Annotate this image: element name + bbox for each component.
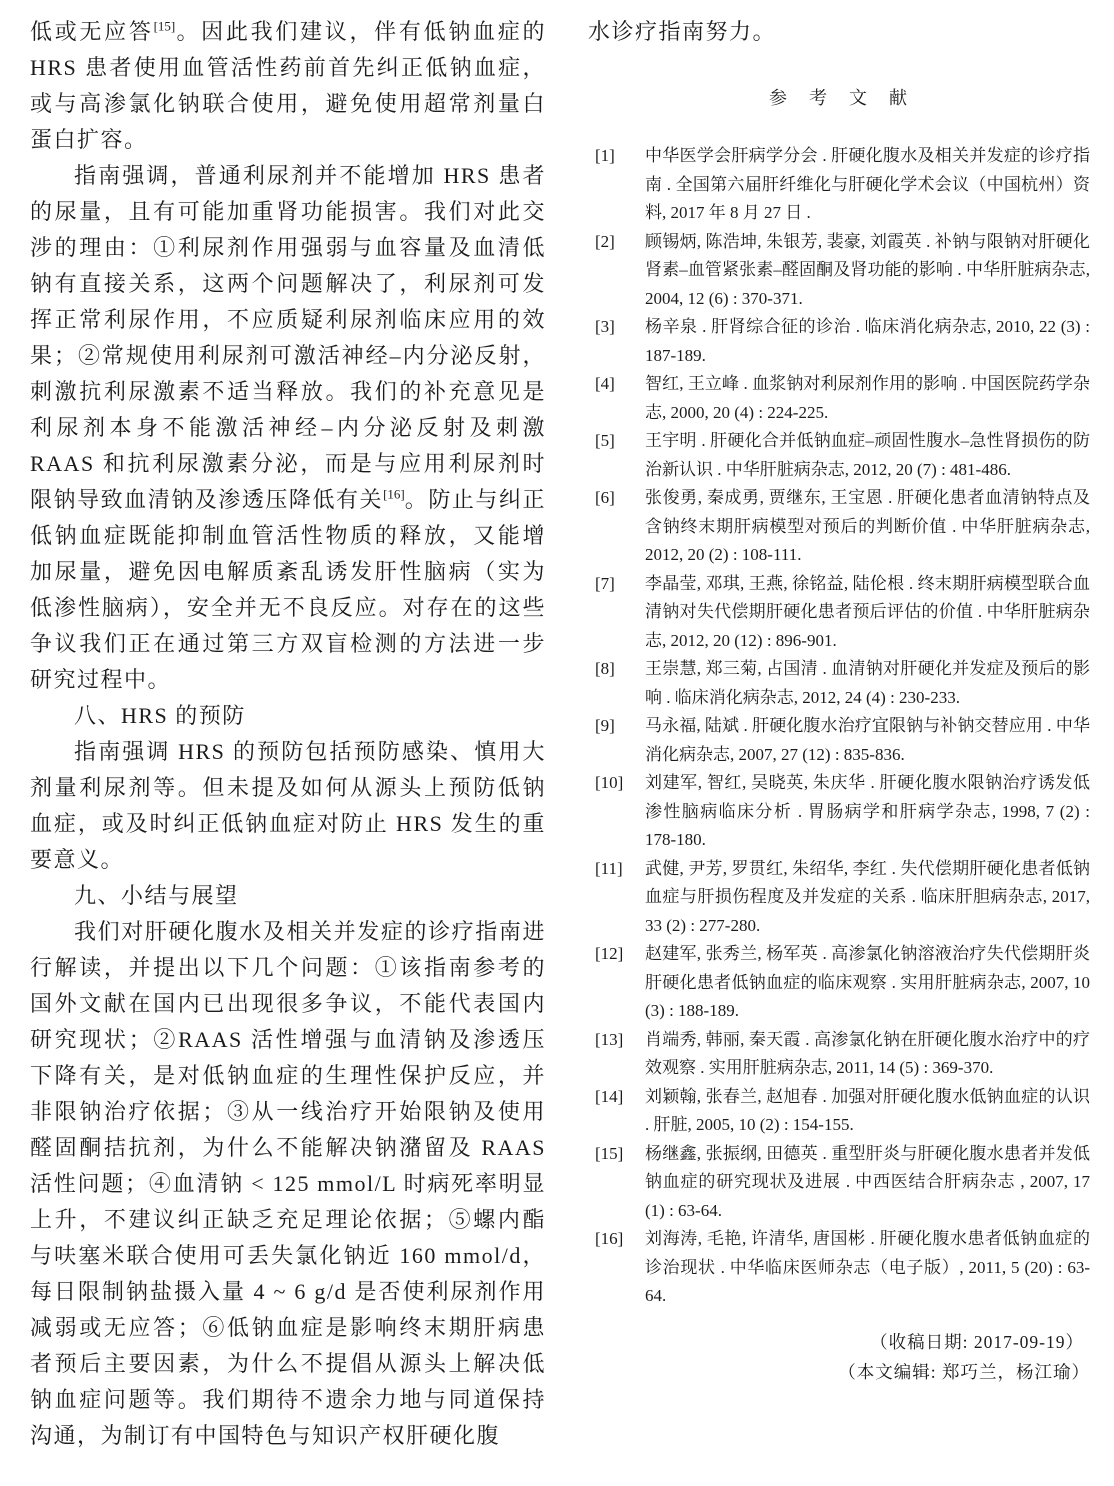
citation-superscript: [16] [383, 487, 405, 502]
reference-label: [8] [588, 655, 645, 684]
reference-label: [10] [588, 769, 645, 798]
reference-item: [6]张俊勇, 秦成勇, 贾继东, 王宝恩 . 肝硬化患者血清钠特点及含钠终末期… [588, 484, 1090, 570]
reference-label: [12] [588, 940, 645, 969]
reference-item: [5]王宇明 . 肝硬化合并低钠血症–顽固性腹水–急性肾损伤的防治新认识 . 中… [588, 427, 1090, 484]
paragraph: 指南强调 HRS 的预防包括预防感染、慎用大剂量利尿剂等。但未提及如何从源头上预… [30, 734, 546, 878]
paragraph: 低或无应答[15]。因此我们建议，伴有低钠血症的 HRS 患者使用血管活性药前首… [30, 14, 546, 158]
reference-text: 马永福, 陆斌 . 肝硬化腹水治疗宜限钠与补钠交替应用 . 中华消化病杂志, 2… [645, 712, 1090, 769]
editor-note: （本文编辑: 郑巧兰，杨江瑜） [588, 1357, 1090, 1387]
left-column: 低或无应答[15]。因此我们建议，伴有低钠血症的 HRS 患者使用血管活性药前首… [30, 14, 546, 1454]
reference-label: [7] [588, 570, 645, 599]
reference-item: [2]顾锡炳, 陈浩坤, 朱银芳, 裴豪, 刘霞英 . 补钠与限钠对肝硬化肾素–… [588, 228, 1090, 314]
reference-label: [13] [588, 1026, 645, 1055]
right-column: 水诊疗指南努力。 参 考 文 献 [1]中华医学会肝病学分会 . 肝硬化腹水及相… [588, 14, 1090, 1387]
reference-label: [6] [588, 484, 645, 513]
reference-label: [2] [588, 228, 645, 257]
reference-list: [1]中华医学会肝病学分会 . 肝硬化腹水及相关并发症的诊疗指南 . 全国第六届… [588, 142, 1090, 1311]
reference-text: 李晶莹, 邓琪, 王燕, 徐铭益, 陆伦根 . 终末期肝病模型联合血清钠对失代偿… [645, 570, 1090, 656]
citation-superscript: [15] [154, 19, 176, 34]
paragraph: 我们对肝硬化腹水及相关并发症的诊疗指南进行解读，并提出以下几个问题：①该指南参考… [30, 914, 546, 1454]
reference-item: [7]李晶莹, 邓琪, 王燕, 徐铭益, 陆伦根 . 终末期肝病模型联合血清钠对… [588, 570, 1090, 656]
reference-label: [4] [588, 370, 645, 399]
reference-label: [1] [588, 142, 645, 171]
reference-text: 杨继鑫, 张振纲, 田德英 . 重型肝炎与肝硬化腹水患者并发低钠血症的研究现状及… [645, 1140, 1090, 1226]
reference-label: [9] [588, 712, 645, 741]
reference-label: [5] [588, 427, 645, 456]
reference-item: [8]王崇慧, 郑三菊, 占国清 . 血清钠对肝硬化并发症及预后的影响 . 临床… [588, 655, 1090, 712]
page: 低或无应答[15]。因此我们建议，伴有低钠血症的 HRS 患者使用血管活性药前首… [0, 0, 1114, 1486]
reference-text: 赵建军, 张秀兰, 杨军英 . 高渗氯化钠溶液治疗失代偿期肝炎肝硬化患者低钠血症… [645, 940, 1090, 1026]
reference-item: [9]马永福, 陆斌 . 肝硬化腹水治疗宜限钠与补钠交替应用 . 中华消化病杂志… [588, 712, 1090, 769]
paragraph: 指南强调，普通利尿剂并不能增加 HRS 患者的尿量，且有可能加重肾功能损害。我们… [30, 158, 546, 698]
reference-text: 刘海涛, 毛艳, 许清华, 唐国彬 . 肝硬化腹水患者低钠血症的诊治现状 . 中… [645, 1225, 1090, 1311]
reference-label: [3] [588, 313, 645, 342]
reference-text: 王崇慧, 郑三菊, 占国清 . 血清钠对肝硬化并发症及预后的影响 . 临床消化病… [645, 655, 1090, 712]
reference-label: [16] [588, 1225, 645, 1254]
reference-text: 刘建军, 智红, 吴晓英, 朱庆华 . 肝硬化腹水限钠治疗诱发低渗性脑病临床分析… [645, 769, 1090, 855]
reference-text: 中华医学会肝病学分会 . 肝硬化腹水及相关并发症的诊疗指南 . 全国第六届肝纤维… [645, 142, 1090, 228]
reference-item: [15]杨继鑫, 张振纲, 田德英 . 重型肝炎与肝硬化腹水患者并发低钠血症的研… [588, 1140, 1090, 1226]
reference-item: [13]肖端秀, 韩丽, 秦天霞 . 高渗氯化钠在肝硬化腹水治疗中的疗效观察 .… [588, 1026, 1090, 1083]
reference-item: [12]赵建军, 张秀兰, 杨军英 . 高渗氯化钠溶液治疗失代偿期肝炎肝硬化患者… [588, 940, 1090, 1026]
reference-item: [10]刘建军, 智红, 吴晓英, 朱庆华 . 肝硬化腹水限钠治疗诱发低渗性脑病… [588, 769, 1090, 855]
reference-item: [16]刘海涛, 毛艳, 许清华, 唐国彬 . 肝硬化腹水患者低钠血症的诊治现状… [588, 1225, 1090, 1311]
reference-item: [4]智红, 王立峰 . 血浆钠对利尿剂作用的影响 . 中国医院药学杂志, 20… [588, 370, 1090, 427]
reference-label: [11] [588, 855, 645, 884]
reference-text: 顾锡炳, 陈浩坤, 朱银芳, 裴豪, 刘霞英 . 补钠与限钠对肝硬化肾素–血管紧… [645, 228, 1090, 314]
reference-item: [11]武健, 尹芳, 罗贯红, 朱绍华, 李红 . 失代偿期肝硬化患者低钠血症… [588, 855, 1090, 941]
received-date-note: （收稿日期: 2017-09-19） [588, 1327, 1090, 1357]
lead-paragraph: 水诊疗指南努力。 [588, 14, 1090, 50]
reference-text: 武健, 尹芳, 罗贯红, 朱绍华, 李红 . 失代偿期肝硬化患者低钠血症与肝损伤… [645, 855, 1090, 941]
reference-text: 张俊勇, 秦成勇, 贾继东, 王宝恩 . 肝硬化患者血清钠特点及含钠终末期肝病模… [645, 484, 1090, 570]
reference-label: [15] [588, 1140, 645, 1169]
reference-item: [14]刘颖翰, 张春兰, 赵旭春 . 加强对肝硬化腹水低钠血症的认识 . 肝脏… [588, 1083, 1090, 1140]
reference-text: 王宇明 . 肝硬化合并低钠血症–顽固性腹水–急性肾损伤的防治新认识 . 中华肝脏… [645, 427, 1090, 484]
reference-item: [3]杨辛泉 . 肝肾综合征的诊治 . 临床消化病杂志, 2010, 22 (3… [588, 313, 1090, 370]
reference-item: [1]中华医学会肝病学分会 . 肝硬化腹水及相关并发症的诊疗指南 . 全国第六届… [588, 142, 1090, 228]
reference-label: [14] [588, 1083, 645, 1112]
reference-text: 肖端秀, 韩丽, 秦天霞 . 高渗氯化钠在肝硬化腹水治疗中的疗效观察 . 实用肝… [645, 1026, 1090, 1083]
references-heading: 参 考 文 献 [588, 84, 1090, 110]
section-heading: 八、HRS 的预防 [30, 698, 546, 734]
reference-text: 杨辛泉 . 肝肾综合征的诊治 . 临床消化病杂志, 2010, 22 (3) :… [645, 313, 1090, 370]
section-heading: 九、小结与展望 [30, 878, 546, 914]
reference-text: 刘颖翰, 张春兰, 赵旭春 . 加强对肝硬化腹水低钠血症的认识 . 肝脏, 20… [645, 1083, 1090, 1140]
reference-text: 智红, 王立峰 . 血浆钠对利尿剂作用的影响 . 中国医院药学杂志, 2000,… [645, 370, 1090, 427]
